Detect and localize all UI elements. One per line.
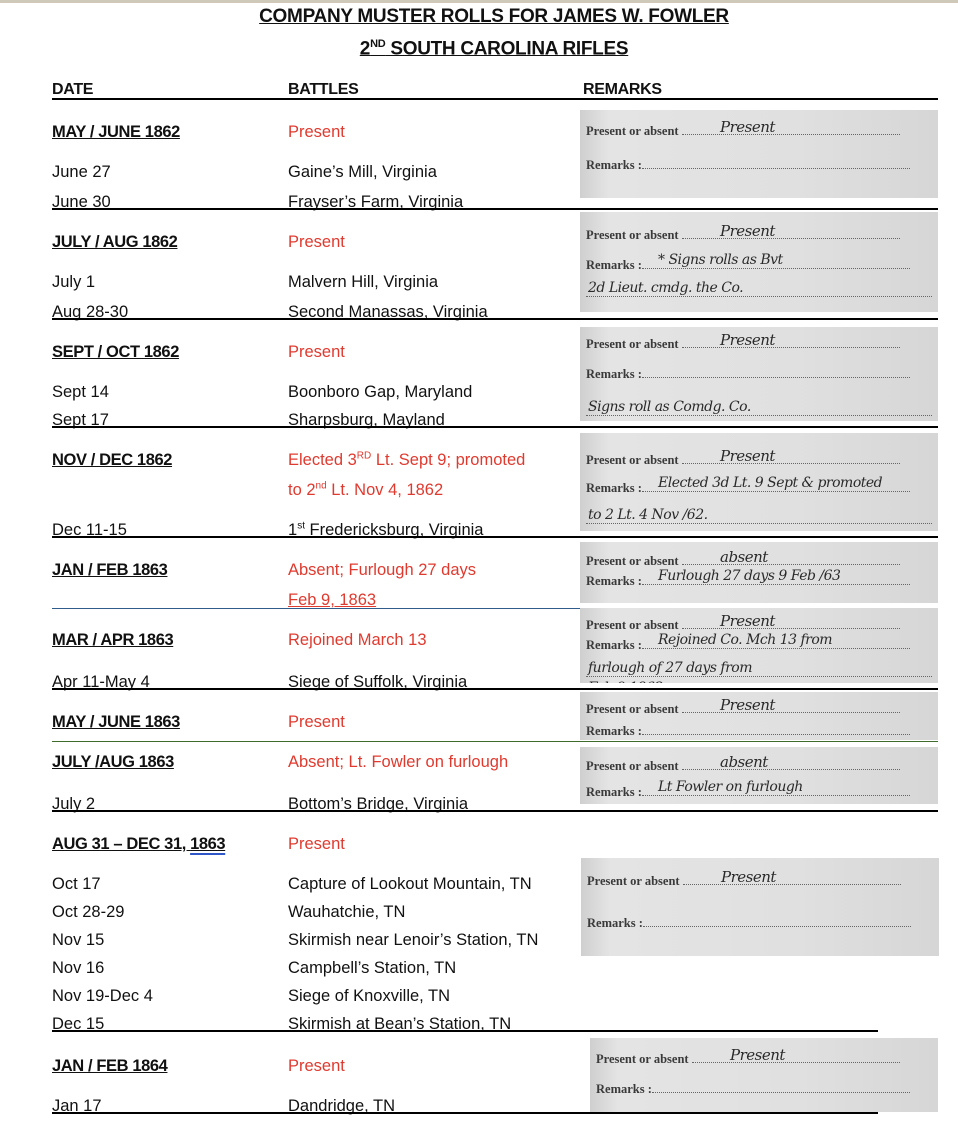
remarks-label: Remarks : [586, 724, 932, 739]
label-text: Remarks : [596, 1082, 652, 1096]
status-text: Absent; Furlough 27 days [288, 560, 476, 580]
battle-name: Campbell’s Station, TN [288, 958, 456, 978]
period-label: JAN / FEB 1864 [52, 1056, 167, 1076]
battle-name: Skirmish near Lenoir’s Station, TN [288, 930, 538, 950]
handwritten-remark: Furlough 27 days 9 Feb /63 [658, 568, 840, 584]
muster-card-scan: Present or absent absentRemarks :Lt Fowl… [580, 747, 938, 804]
handwritten-remark: Rejoined Co. Mch 13 from [658, 632, 832, 648]
column-header-battles: BATTLES [288, 81, 359, 99]
label-text: Present or absent [586, 554, 682, 568]
period-label: JAN / FEB 1863 [52, 560, 167, 580]
status-text: to 2nd Lt. Nov 4, 1862 [288, 480, 443, 500]
handwritten-remark: Signs roll as Comdg. Co. [588, 399, 751, 415]
label-text: Present or absent [586, 702, 682, 716]
dotted-line [682, 124, 900, 135]
status-text: Present [288, 834, 345, 854]
muster-card-scan: Present or absent absentRemarks :Furloug… [580, 542, 938, 603]
section-divider [52, 1030, 878, 1032]
section-divider [52, 1112, 878, 1114]
battle-date: Oct 28-29 [52, 902, 124, 922]
remarks-label: Remarks : [587, 916, 933, 931]
section-divider [52, 318, 938, 320]
handwritten-status: Present [720, 696, 775, 714]
battle-name: Wauhatchie, TN [288, 902, 405, 922]
label-text: Remarks : [586, 574, 642, 588]
label-text: Present or absent [586, 453, 682, 467]
period-text: AUG 31 – DEC 31, [52, 835, 190, 853]
label-text: Remarks : [586, 785, 642, 799]
dotted-line [682, 554, 900, 565]
battle-date: Nov 16 [52, 958, 104, 978]
label-text: Remarks : [587, 916, 643, 930]
period-label: AUG 31 – DEC 31, 1863 [52, 834, 225, 854]
dotted-line [642, 158, 910, 169]
column-header-date: DATE [52, 81, 93, 99]
handwritten-status: Present [720, 118, 775, 136]
handwritten-remark: furlough of 27 days from [588, 660, 752, 676]
battle-name: Gaine’s Mill, Virginia [288, 162, 437, 182]
dotted-line [682, 228, 900, 239]
label-text: Present or absent [586, 337, 682, 351]
section-divider [52, 741, 938, 742]
dotted-line [586, 415, 932, 416]
battle-name: Boonboro Gap, Maryland [288, 382, 472, 402]
handwritten-status: Present [720, 612, 775, 630]
muster-card-scan: Present or absent PresentRemarks : [581, 858, 939, 956]
status-text: Elected 3RD Lt. Sept 9; promoted [288, 450, 525, 470]
muster-card-scan: Present or absent PresentRemarks :* Sign… [580, 212, 938, 312]
dotted-line [642, 367, 910, 378]
period-label: MAR / APR 1863 [52, 630, 173, 650]
subtitle-number: 2 [360, 38, 370, 59]
label-text: Remarks : [586, 724, 642, 738]
column-header-remarks: REMARKS [583, 81, 662, 99]
subtitle-text: SOUTH CAROLINA RIFLES [385, 38, 628, 59]
dotted-line [586, 523, 932, 524]
dotted-line [683, 874, 901, 885]
muster-card-scan: Present or absent PresentRemarks :Signs … [580, 327, 938, 421]
dotted-line [682, 337, 900, 348]
status-text: Present [288, 342, 345, 362]
dotted-line [682, 702, 900, 713]
label-text: Present or absent [596, 1052, 692, 1066]
dotted-line [652, 1082, 910, 1093]
label-text: Remarks : [586, 158, 642, 172]
battle-name: Capture of Lookout Mountain, TN [288, 874, 532, 894]
subtitle-superscript: ND [370, 38, 385, 50]
muster-card-scan: Present or absent PresentRemarks :Electe… [580, 433, 938, 531]
label-text: Present or absent [586, 759, 682, 773]
document-title: COMPANY MUSTER ROLLS FOR JAMES W. FOWLER [0, 6, 958, 28]
battle-date: Nov 15 [52, 930, 104, 950]
dotted-line [586, 296, 932, 297]
battle-date: Nov 19-Dec 4 [52, 986, 153, 1006]
status-text: Feb 9, 1863 [288, 590, 376, 610]
period-year: 1863 [190, 835, 225, 853]
status-text: Present [288, 122, 345, 142]
period-label: MAY / JUNE 1862 [52, 122, 180, 142]
handwritten-status: Present [720, 222, 775, 240]
muster-card-scan: Present or absent PresentRemarks : [580, 692, 938, 740]
document-subtitle: 2ND SOUTH CAROLINA RIFLES [0, 38, 958, 60]
period-label: SEPT / OCT 1862 [52, 342, 179, 362]
status-text: Present [288, 1056, 345, 1076]
section-divider [52, 688, 938, 690]
handwritten-status: Present [720, 331, 775, 349]
muster-card-scan: Present or absent PresentRemarks :Rejoin… [580, 608, 938, 683]
battle-name: Malvern Hill, Virginia [288, 272, 438, 292]
label-text: Present or absent [586, 618, 682, 632]
battle-name: Siege of Knoxville, TN [288, 986, 450, 1006]
status-text: Present [288, 232, 345, 252]
handwritten-remark: Lt Fowler on furlough [658, 779, 803, 795]
handwritten-status: Present [721, 868, 776, 886]
dotted-line [586, 676, 932, 677]
remarks-label: Remarks : [586, 158, 932, 173]
section-divider [52, 810, 938, 812]
remarks-label: Remarks : [586, 367, 932, 382]
label-text: Remarks : [586, 481, 642, 495]
handwritten-remark: Feb 9 1863 [588, 680, 663, 683]
dotted-line [692, 1052, 900, 1063]
top-border [0, 0, 958, 3]
status-text: Absent; Lt. Fowler on furlough [288, 752, 508, 772]
remarks-label: Remarks : [596, 1082, 932, 1097]
dotted-line [642, 724, 910, 735]
label-text: Present or absent [587, 874, 683, 888]
battle-date: Oct 17 [52, 874, 101, 894]
section-divider [52, 426, 938, 428]
handwritten-status: Present [730, 1046, 785, 1064]
label-text: Present or absent [586, 228, 682, 242]
superscript: st [297, 521, 305, 532]
status-text: Rejoined March 13 [288, 630, 427, 650]
label-text: Remarks : [586, 367, 642, 381]
battle-date: June 27 [52, 162, 111, 182]
superscript: RD [357, 451, 371, 462]
section-divider [52, 536, 938, 538]
handwritten-remark: 2d Lieut. cmdg. the Co. [588, 280, 743, 296]
battle-date: July 1 [52, 272, 95, 292]
dotted-line [682, 453, 900, 464]
label-text: Remarks : [586, 258, 642, 272]
label-text: Present or absent [586, 124, 682, 138]
period-label: NOV / DEC 1862 [52, 450, 172, 470]
period-label: MAY / JUNE 1863 [52, 712, 180, 732]
period-label: JULY /AUG 1863 [52, 752, 174, 772]
handwritten-remark: to 2 Lt. 4 Nov /62. [588, 507, 708, 523]
handwritten-remark: Elected 3d Lt. 9 Sept & promoted [658, 475, 882, 491]
header-rule [52, 98, 938, 100]
dotted-line [643, 916, 911, 927]
muster-card-scan: Present or absent PresentRemarks : [580, 110, 938, 198]
section-divider [52, 208, 938, 210]
period-label: JULY / AUG 1862 [52, 232, 177, 252]
dotted-line [682, 759, 900, 770]
superscript: nd [316, 481, 327, 492]
status-text: Present [288, 712, 345, 732]
handwritten-remark: * Signs rolls as Bvt [658, 252, 783, 268]
label-text: Remarks : [586, 638, 642, 652]
dotted-line [682, 618, 900, 629]
handwritten-status: absent [720, 548, 768, 566]
handwritten-status: absent [720, 753, 768, 771]
muster-card-scan: Present or absent PresentRemarks : [590, 1038, 938, 1112]
battle-date: Sept 14 [52, 382, 109, 402]
handwritten-status: Present [720, 447, 775, 465]
